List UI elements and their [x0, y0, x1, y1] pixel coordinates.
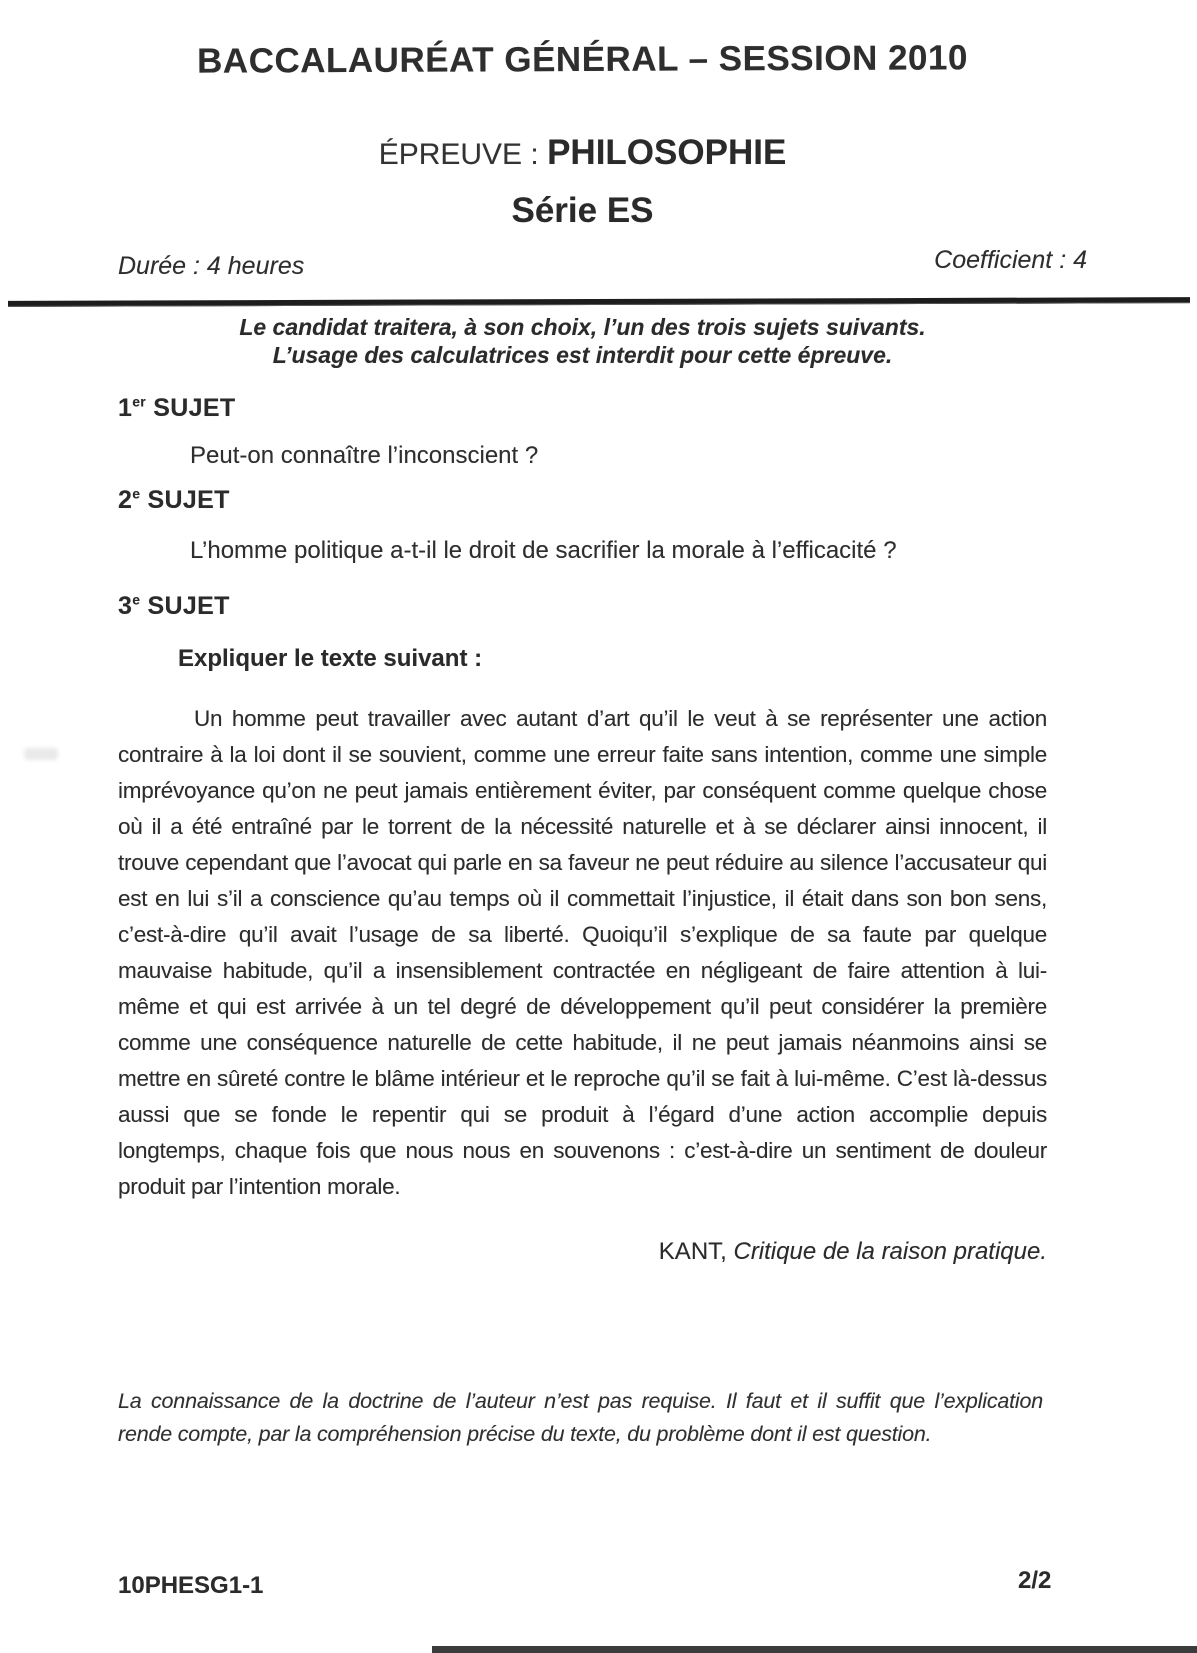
subject-3-label: SUJET — [140, 592, 229, 620]
scan-smudge — [24, 748, 58, 760]
subject-3-instruction: Expliquer le texte suivant : — [178, 645, 482, 673]
attribution: KANT, Critique de la raison pratique. — [118, 1238, 1047, 1266]
serie-label: Série ES — [118, 191, 1047, 231]
attribution-author: KANT, — [659, 1238, 734, 1265]
subject-code: 10PHESG1-1 — [118, 1572, 263, 1600]
subject-2-heading: 2e SUJET — [118, 486, 230, 515]
subject-1-ordinal: er — [132, 394, 146, 410]
subject-1-number: 1 — [118, 394, 132, 422]
epreuve-value: PHILOSOPHIE — [547, 133, 786, 172]
page-number: 2/2 — [1018, 1567, 1051, 1595]
exam-page: BACCALAURÉAT GÉNÉRAL – SESSION 2010 ÉPRE… — [0, 0, 1197, 1653]
epreuve-label: ÉPREUVE : — [379, 138, 547, 171]
page-title: BACCALAURÉAT GÉNÉRAL – SESSION 2010 — [118, 38, 1047, 82]
kant-text-paragraph: Un homme peut travailler avec autant d’a… — [118, 701, 1047, 1205]
subject-2-question: L’homme politique a-t-il le droit de sac… — [190, 537, 897, 565]
examiner-note: La connaissance de la doctrine de l’aute… — [118, 1385, 1043, 1451]
coefficient-label: Coefficient : 4 — [934, 246, 1087, 275]
attribution-work: Critique de la raison pratique. — [733, 1238, 1047, 1265]
instructions: Le candidat traitera, à son choix, l’un … — [118, 313, 1047, 369]
subject-1-heading: 1er SUJET — [118, 394, 235, 423]
subject-3-number: 3 — [118, 592, 132, 620]
horizontal-rule — [8, 297, 1190, 307]
instruction-line-1: Le candidat traitera, à son choix, l’un … — [118, 313, 1047, 341]
duration-label: Durée : 4 heures — [118, 252, 304, 281]
scan-edge-bar — [432, 1646, 1197, 1653]
subject-2-number: 2 — [118, 486, 132, 514]
subject-1-question: Peut-on connaître l’inconscient ? — [190, 442, 538, 470]
subject-1-label: SUJET — [146, 394, 235, 422]
subject-2-label: SUJET — [140, 486, 229, 514]
epreuve-line: ÉPREUVE : PHILOSOPHIE — [118, 133, 1047, 173]
subject-3-heading: 3e SUJET — [118, 592, 230, 621]
instruction-line-2: L’usage des calculatrices est interdit p… — [118, 341, 1047, 369]
